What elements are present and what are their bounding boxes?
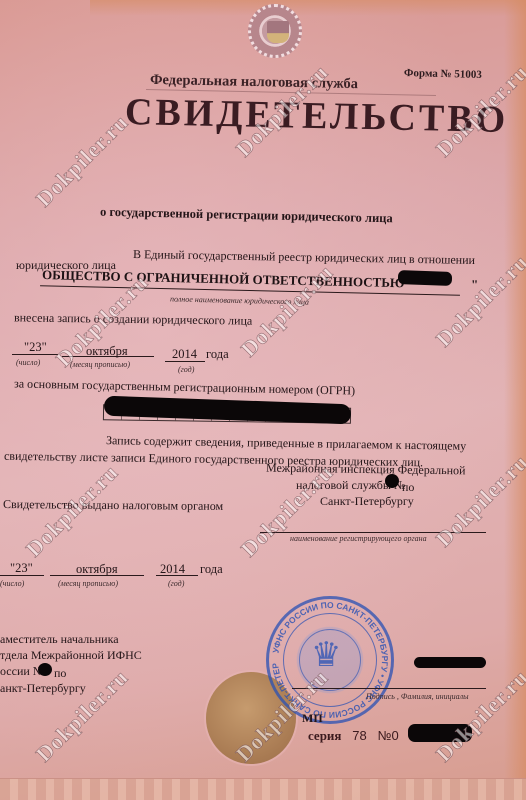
issue-year-suffix: года bbox=[200, 562, 223, 577]
paper-edge-top bbox=[90, 0, 526, 16]
watermark: Dokpiler.ru bbox=[31, 109, 134, 212]
authority-line2-suffix: по bbox=[402, 480, 414, 495]
hologram-emblem-icon bbox=[248, 4, 302, 58]
redaction-inspection-number bbox=[385, 474, 399, 488]
series-value: 78 bbox=[352, 728, 366, 743]
issue-month-caption: (месяц прописью) bbox=[58, 579, 118, 588]
authority-line3: Санкт-Петербургу bbox=[320, 494, 414, 509]
paper-edge-bottom bbox=[0, 778, 526, 800]
form-number: Форма № 51003 bbox=[404, 67, 482, 81]
authority-caption: наименование регистрирующего органа bbox=[290, 534, 427, 543]
signatory-line3-suffix: по bbox=[54, 666, 66, 681]
registration-year: 2014 bbox=[172, 347, 197, 362]
redaction-signatory-number bbox=[38, 663, 52, 676]
watermark: Dokpiler.ru bbox=[31, 664, 134, 767]
number-prefix: №0 bbox=[378, 728, 399, 743]
registration-year-line bbox=[165, 361, 205, 362]
entry-made-text: внесена запись о создании юридического л… bbox=[14, 310, 252, 328]
ogrn-label: за основным государственным регистрацион… bbox=[14, 376, 355, 398]
certificate-subtitle: о государственной регистрации юридическо… bbox=[100, 205, 393, 227]
issued-by-label: Свидетельство выдано налоговым органом bbox=[3, 497, 223, 514]
issue-year-caption: (год) bbox=[168, 579, 184, 588]
issue-day-caption: (число) bbox=[0, 579, 24, 588]
redaction-signature-name bbox=[414, 657, 486, 668]
authority-line1: Межрайонная инспекция Федеральной bbox=[266, 461, 466, 479]
signatory-line2: тдела Межрайонной ИФНС bbox=[0, 648, 142, 663]
signatory-line4: анкт-Петербургу bbox=[0, 681, 86, 696]
series-number: серия 78 №0 bbox=[308, 728, 399, 744]
registration-day-caption: (число) bbox=[16, 358, 40, 367]
redaction-organization bbox=[398, 270, 452, 286]
series-label: серия bbox=[308, 728, 341, 743]
certificate-page: Федеральная налоговая служба Форма № 510… bbox=[0, 0, 526, 800]
issue-day: "23" bbox=[10, 561, 33, 576]
issue-year-line bbox=[156, 575, 198, 576]
registration-year-caption: (год) bbox=[178, 365, 194, 374]
registration-day: "23" bbox=[24, 340, 47, 355]
signatory-line1: аместитель начальника bbox=[0, 632, 119, 647]
registration-year-suffix: года bbox=[206, 347, 229, 362]
issue-day-line bbox=[0, 575, 44, 576]
issue-month-line bbox=[50, 575, 144, 576]
intro-text-line1: В Единый государственный реестр юридичес… bbox=[133, 247, 475, 268]
signature-caption: Подпись , Фамилия, инициалы bbox=[366, 692, 469, 701]
seal-place-label: МП bbox=[302, 711, 323, 726]
